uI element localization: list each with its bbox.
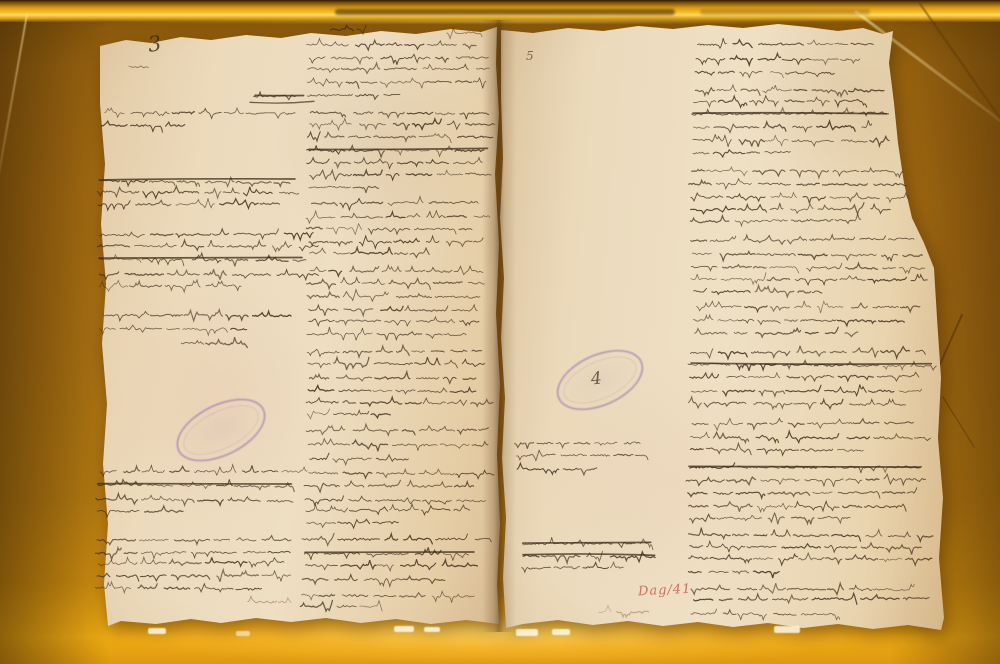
paper-edge-highlight <box>148 628 166 634</box>
red-annotation: Dag/41 <box>638 582 692 600</box>
paper-edge-highlight <box>552 629 570 635</box>
paper-edge-highlight <box>236 631 250 636</box>
display-case-photo: 3 5 4 Dag/41 <box>0 0 1000 664</box>
page-number-right: 5 <box>526 49 534 63</box>
paper-edge-highlight <box>774 626 800 633</box>
paper-edge-highlight <box>394 626 414 632</box>
paper-edge-highlight <box>516 629 538 636</box>
stamp-number: 4 <box>590 368 603 389</box>
page-gutter-shadow <box>482 20 516 632</box>
paper-edge-highlight <box>424 627 440 632</box>
